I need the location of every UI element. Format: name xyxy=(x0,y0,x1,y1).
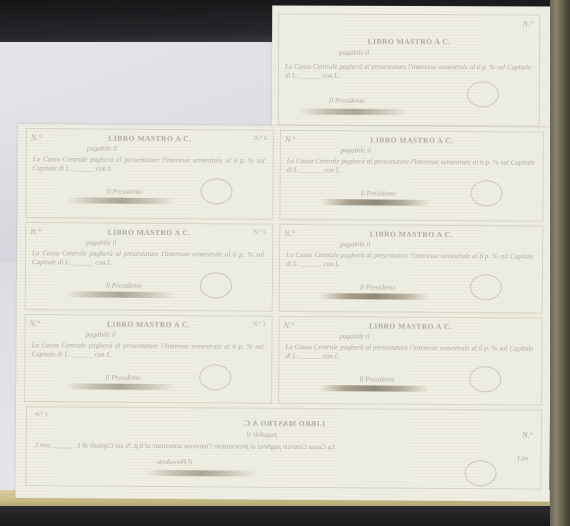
voucher-body: La Cassa Centrale pagherà al presentator… xyxy=(285,63,531,82)
voucher-payable: pagabile il xyxy=(86,238,116,247)
seal-emboss-icon xyxy=(469,366,501,392)
voucher-r1-right: N.° LIBRO MASTRO A C. pagabile il La Cas… xyxy=(279,130,544,222)
voucher-bottom-wide: N.° N.° 1 LIBRO MASTRO A C. pagabile il … xyxy=(25,406,542,490)
voucher-payable: pagabile il xyxy=(85,330,115,339)
signature-mark xyxy=(319,385,429,392)
frame-right xyxy=(550,0,570,526)
voucher-body: La Cassa Centrale pagherà al presentator… xyxy=(286,251,534,271)
voucher-r2-right: N.° LIBRO MASTRO A C. pagabile il La Cas… xyxy=(279,224,544,314)
voucher-title: LIBRO MASTRO A C. xyxy=(26,319,272,330)
voucher-body-text: La Cassa Centrale pagherà al presentator… xyxy=(33,441,335,452)
voucher-top-right: N.° LIBRO MASTRO A C. pagabile il La Cas… xyxy=(278,14,540,127)
voucher-president: Il Presidente xyxy=(106,282,142,291)
voucher-title: LIBRO MASTRO A C. xyxy=(280,229,542,240)
voucher-title: LIBRO MASTRO A C. xyxy=(280,321,542,332)
voucher-body: La Cassa Centrale pagherà al presentator… xyxy=(33,155,265,175)
voucher-body: La Cassa Centrale pagherà al presentator… xyxy=(32,249,264,269)
voucher-title: LIBRO MASTRO A C. xyxy=(281,135,543,146)
voucher-president: Il Presidente xyxy=(360,189,396,198)
voucher-president: Il Presidente xyxy=(106,188,142,197)
voucher-payable: pagabile il xyxy=(87,144,117,153)
voucher-title: LIBRO MASTRO A C. xyxy=(26,227,272,238)
voucher-payable: pagabile il xyxy=(341,146,371,155)
voucher-payable: pagabile il xyxy=(340,240,370,249)
voucher-title: LIBRO MASTRO A C. xyxy=(279,37,539,47)
voucher-president-text: Il Presidente xyxy=(157,458,193,467)
voucher-r3-right: N.° LIBRO MASTRO A C. pagabile il La Cas… xyxy=(278,316,543,406)
paper-sheet-main: N.° LIBRO MASTRO A C. N.° 6 pagabile il … xyxy=(15,124,552,502)
voucher-title-text: LIBRO MASTRO A C. xyxy=(242,419,325,429)
seal-emboss-icon xyxy=(467,81,499,107)
signature-mark xyxy=(147,470,257,477)
voucher-r2-left: N.° LIBRO MASTRO A C. N.° 5 pagabile il … xyxy=(25,222,274,312)
paper-sheet-top: N.° LIBRO MASTRO A C. pagabile il La Cas… xyxy=(272,6,552,133)
seal-emboss-icon xyxy=(470,274,502,300)
seal-emboss-icon xyxy=(200,178,232,204)
signature-mark xyxy=(65,383,175,390)
voucher-body: La Cassa Centrale pagherà al presentator… xyxy=(33,441,533,453)
voucher-payable: pagabile il xyxy=(339,49,369,58)
voucher-president: Il Presidente xyxy=(329,97,365,106)
voucher-r1-left: N.° LIBRO MASTRO A C. N.° 6 pagabile il … xyxy=(25,128,274,220)
voucher-payable: pagabile il xyxy=(247,431,277,440)
voucher-series: N.° 3 xyxy=(253,321,266,330)
voucher-number: N.° xyxy=(522,431,533,440)
voucher-lire: Lire xyxy=(517,454,528,463)
signature-mark xyxy=(320,199,430,206)
voucher-title: LIBRO MASTRO A C. xyxy=(27,417,541,430)
frame-bottom xyxy=(0,506,570,526)
seal-emboss-icon xyxy=(464,460,496,486)
voucher-body: La Cassa Centrale pagherà al presentator… xyxy=(31,341,263,361)
signature-mark xyxy=(299,109,409,115)
voucher-payable: pagabile il xyxy=(339,332,369,341)
voucher-number: N.° xyxy=(523,19,534,28)
signature-mark xyxy=(66,291,176,298)
voucher-series: N.° 5 xyxy=(253,229,266,238)
voucher-president: Il Presidente xyxy=(157,458,193,467)
voucher-president: Il Presidente xyxy=(360,283,396,292)
seal-emboss-icon xyxy=(470,180,502,206)
voucher-president: Il Presidente xyxy=(105,374,141,383)
voucher-title: LIBRO MASTRO A C. xyxy=(27,133,273,144)
seal-emboss-icon xyxy=(199,364,231,390)
voucher-body: La Cassa Centrale pagherà al presentator… xyxy=(285,343,533,363)
voucher-series: N.° 6 xyxy=(254,135,267,144)
voucher-r3-left: N.° LIBRO MASTRO A C. N.° 3 pagabile il … xyxy=(24,314,273,404)
signature-mark xyxy=(320,293,430,300)
voucher-body: La Cassa Centrale pagherà al presentator… xyxy=(287,157,535,177)
signature-mark xyxy=(66,197,176,204)
voucher-payable-text: pagabile il xyxy=(247,431,277,440)
voucher-president: Il Presidente xyxy=(359,375,395,384)
seal-emboss-icon xyxy=(200,272,232,298)
